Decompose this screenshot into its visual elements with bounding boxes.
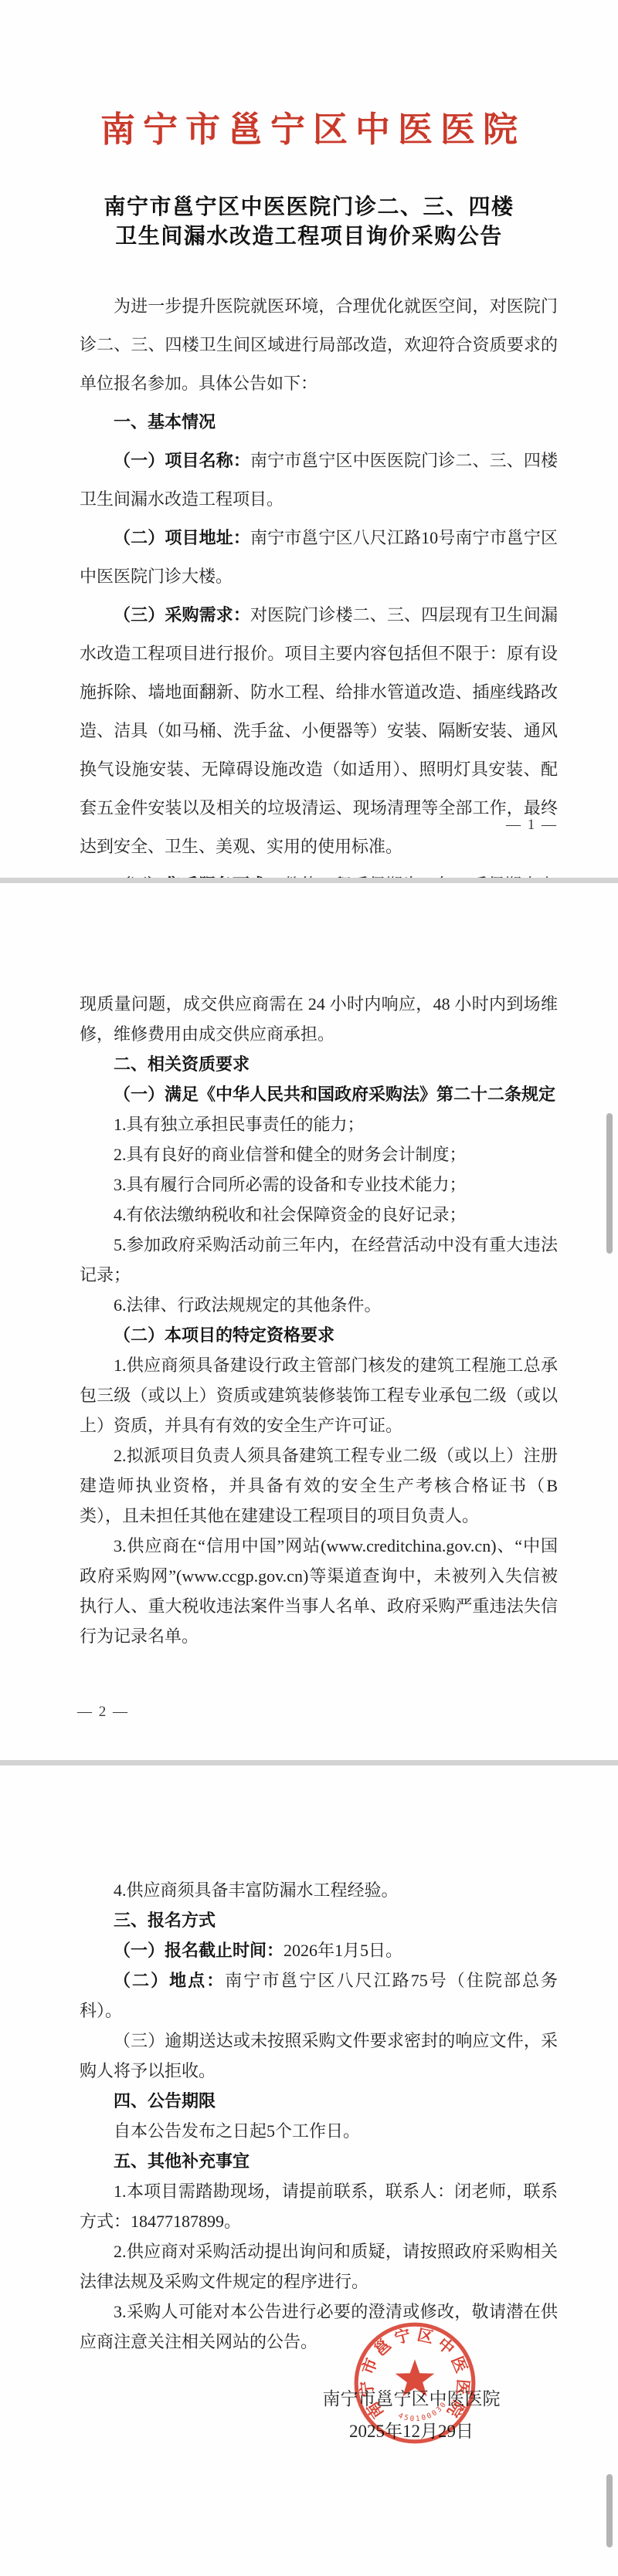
page-separator — [0, 1760, 618, 1765]
paragraph-label: （三）采购需求： — [114, 605, 250, 625]
paragraph: （四）售后服务要求：整体工程质保期为 2 年，质保期内出 — [80, 866, 558, 878]
page-separator — [0, 878, 618, 883]
paragraph-label: （一）报名截止时间： — [114, 1941, 284, 1960]
letterhead-org-name: 南宁市邕宁区中医医院 — [0, 110, 618, 150]
paragraph: 自本公告发布之日起5个工作日。 — [80, 2116, 558, 2146]
official-seal-stamp: 南宁市邕宁区中医医院 4501000300 — [351, 2320, 478, 2446]
document-title-line1: 南宁市邕宁区中医医院门诊二、三、四楼 — [0, 193, 618, 222]
section-heading: 一、基本情况 — [80, 403, 558, 442]
paragraph: 2.拟派项目负责人须具备建筑工程专业二级（或以上）注册建造师执业资格，并具备有效… — [80, 1440, 558, 1531]
paragraph: 3.供应商在“信用中国”网站(www.creditchina.gov.cn)、“… — [80, 1531, 558, 1651]
document-title-line2: 卫生间漏水改造工程项目询价采购公告 — [0, 222, 618, 252]
page-3: 4.供应商须具备丰富防漏水工程经验。三、报名方式（一）报名截止时间：2026年1… — [0, 1767, 618, 2576]
page-number-1: — 1 — — [506, 817, 558, 834]
paragraph: 5.参加政府采购活动前三年内，在经营活动中没有重大违法记录； — [80, 1230, 558, 1290]
paragraph: （二）项目地址：南宁市邕宁区八尺江路10号南宁市邕宁区中医医院门诊大楼。 — [80, 519, 558, 596]
paragraph: （三）逾期送达或未按照采购文件要求密封的响应文件，采购人将予以拒收。 — [80, 2026, 558, 2086]
paragraph: （二）本项目的特定资格要求 — [80, 1320, 558, 1350]
seal-graphic: 南宁市邕宁区中医医院 4501000300 — [351, 2320, 478, 2446]
paragraph-label: （二）地点： — [114, 1971, 225, 1990]
paragraph-label: （二）项目地址： — [114, 528, 250, 547]
paragraph: 3.具有履行合同所必需的设备和专业技术能力； — [80, 1170, 558, 1200]
page-1-body: 为进一步提升医院就医环境，合理优化就医空间，对医院门诊二、三、四楼卫生间区域进行… — [0, 287, 618, 878]
document-title: 南宁市邕宁区中医医院门诊二、三、四楼 卫生间漏水改造工程项目询价采购公告 — [0, 193, 618, 252]
paragraph: 2.具有良好的商业信誉和健全的财务会计制度； — [80, 1139, 558, 1170]
section-heading: 三、报名方式 — [80, 1905, 558, 1935]
paragraph-label: （一）项目名称： — [114, 451, 250, 470]
section-heading: 四、公告期限 — [80, 2086, 558, 2116]
seal-star-icon — [396, 2359, 435, 2396]
scrollbar-thumb[interactable] — [606, 2474, 613, 2547]
paragraph: （一）报名截止时间：2026年1月5日。 — [80, 1935, 558, 1965]
scrollbar-thumb[interactable] — [606, 1113, 613, 1254]
page-2-body: 现质量问题，成交供应商需在 24 小时内响应，48 小时内到场维修，维修费用由成… — [0, 989, 618, 1651]
page-2: 现质量问题，成交供应商需在 24 小时内响应，48 小时内到场维修，维修费用由成… — [0, 884, 618, 1761]
paragraph: 4.供应商须具备丰富防漏水工程经验。 — [80, 1875, 558, 1905]
paragraph: 1.供应商须具备建设行政主管部门核发的建筑工程施工总承包三级（或以上）资质或建筑… — [80, 1350, 558, 1440]
paragraph: （二）地点：南宁市邕宁区八尺江路75号（住院部总务科）。 — [80, 1965, 558, 2026]
paragraph: 1.本项目需踏勘现场，请提前联系，联系人：闭老师，联系方式：1847718789… — [80, 2176, 558, 2236]
section-heading: 五、其他补充事宜 — [80, 2146, 558, 2176]
page-3-body: 4.供应商须具备丰富防漏水工程经验。三、报名方式（一）报名截止时间：2026年1… — [0, 1875, 618, 2357]
paragraph: 3.采购人可能对本公告进行必要的澄清或修改，敬请潜在供应商注意关注相关网站的公告… — [80, 2297, 558, 2357]
paragraph: 2.供应商对采购活动提出询问和质疑，请按照政府采购相关法律法规及采购文件规定的程… — [80, 2236, 558, 2297]
page-number-2: — 2 — — [77, 1704, 129, 1721]
paragraph: （一）项目名称：南宁市邕宁区中医医院门诊二、三、四楼卫生间漏水改造工程项目。 — [80, 442, 558, 519]
scanned-document: 南宁市邕宁区中医医院 南宁市邕宁区中医医院门诊二、三、四楼 卫生间漏水改造工程项… — [0, 0, 618, 2576]
paragraph: 1.具有独立承担民事责任的能力； — [80, 1109, 558, 1139]
paragraph: （三）采购需求：对医院门诊楼二、三、四层现有卫生间漏水改造工程项目进行报价。项目… — [80, 596, 558, 866]
paragraph: （一）满足《中华人民共和国政府采购法》第二十二条规定 — [80, 1079, 558, 1109]
section-heading: 二、相关资质要求 — [80, 1049, 558, 1079]
page-1: 南宁市邕宁区中医医院 南宁市邕宁区中医医院门诊二、三、四楼 卫生间漏水改造工程项… — [0, 0, 618, 878]
paragraph: 4.有依法缴纳税收和社会保障资金的良好记录； — [80, 1200, 558, 1230]
paragraph: 6.法律、行政法规规定的其他条件。 — [80, 1290, 558, 1320]
paragraph: 为进一步提升医院就医环境，合理优化就医空间，对医院门诊二、三、四楼卫生间区域进行… — [80, 287, 558, 403]
paragraph: 现质量问题，成交供应商需在 24 小时内响应，48 小时内到场维修，维修费用由成… — [80, 989, 558, 1049]
